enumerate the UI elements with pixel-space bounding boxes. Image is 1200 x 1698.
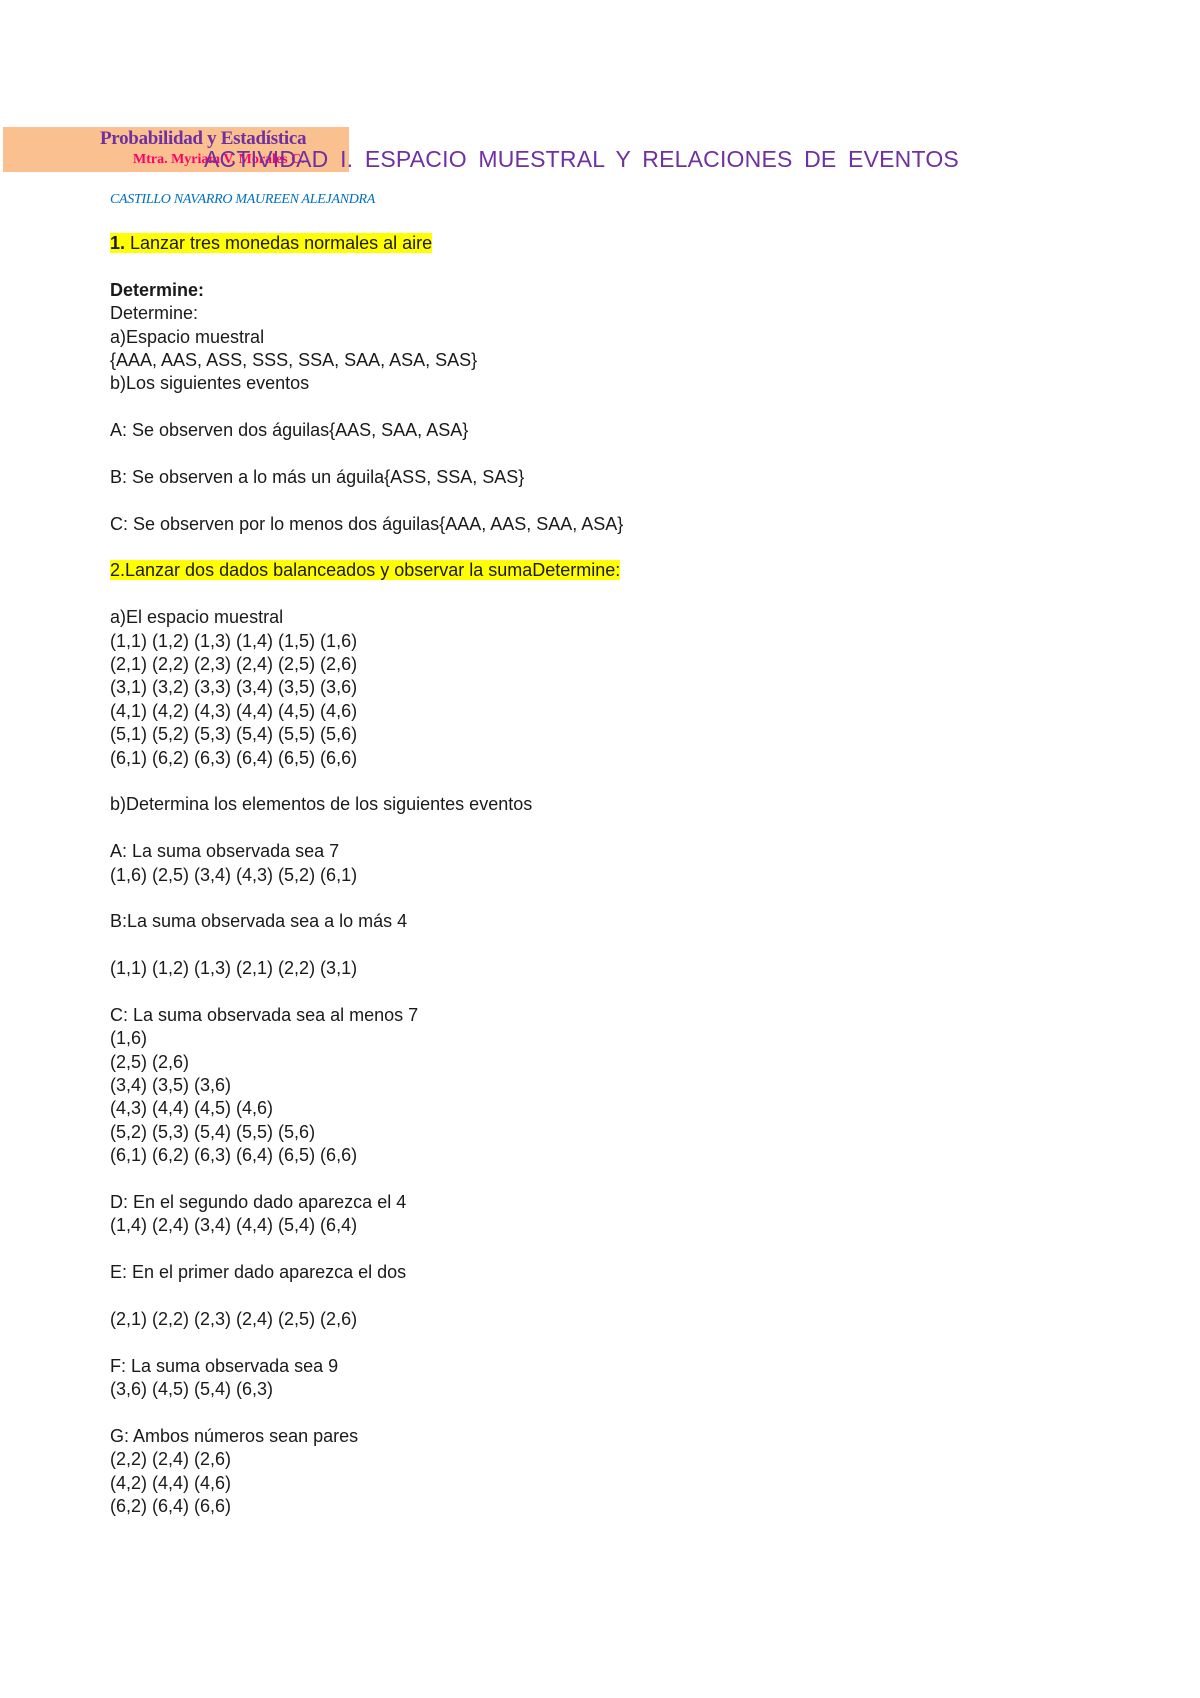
p2-event-g-label: G: Ambos números sean pares (110, 1425, 1110, 1448)
p2-event-b-values: (1,1) (1,2) (1,3) (2,1) (2,2) (3,1) (110, 957, 1110, 980)
p2-event-d-label: D: En el segundo dado aparezca el 4 (110, 1191, 1110, 1214)
p1-a-label: a)Espacio muestral (110, 326, 1110, 349)
p2-event-c-values: (3,4) (3,5) (3,6) (110, 1074, 1110, 1097)
p2-event-c-label: C: La suma observada sea al menos 7 (110, 1004, 1110, 1027)
p2-event-g-values: (2,2) (2,4) (2,6) (110, 1448, 1110, 1471)
sample-space-row: (6,1) (6,2) (6,3) (6,4) (6,5) (6,6) (110, 747, 1110, 770)
problem-2-heading: 2.Lanzar dos dados balanceados y observa… (110, 559, 1110, 582)
p2-event-c-values: (5,2) (5,3) (5,4) (5,5) (5,6) (110, 1121, 1110, 1144)
p1-event-a: A: Se observen dos águilas{AAS, SAA, ASA… (110, 419, 1110, 442)
p2-event-c-values: (2,5) (2,6) (110, 1051, 1110, 1074)
p2-event-f-values: (3,6) (4,5) (5,4) (6,3) (110, 1378, 1110, 1401)
page-title: ACTIVIDAD I. ESPACIO MUESTRAL Y RELACION… (204, 146, 959, 173)
problem-1-highlight: 1. Lanzar tres monedas normales al aire (110, 233, 432, 253)
p2-event-g-values: (6,2) (6,4) (6,6) (110, 1495, 1110, 1518)
problem-1-number: 1. (110, 233, 125, 253)
p2-event-e-label: E: En el primer dado aparezca el dos (110, 1261, 1110, 1284)
p2-event-e-values: (2,1) (2,2) (2,3) (2,4) (2,5) (2,6) (110, 1308, 1110, 1331)
sample-space-row: (2,1) (2,2) (2,3) (2,4) (2,5) (2,6) (110, 653, 1110, 676)
p2-event-a-values: (1,6) (2,5) (3,4) (4,3) (5,2) (6,1) (110, 864, 1110, 887)
document-body: 1. Lanzar tres monedas normales al aire … (110, 232, 1110, 1518)
p2-event-g-values: (4,2) (4,4) (4,6) (110, 1472, 1110, 1495)
p2-event-f-label: F: La suma observada sea 9 (110, 1355, 1110, 1378)
p2-event-c-values: (6,1) (6,2) (6,3) (6,4) (6,5) (6,6) (110, 1144, 1110, 1167)
determine-heading: Determine: (110, 279, 1110, 302)
sample-space-row: (1,1) (1,2) (1,3) (1,4) (1,5) (1,6) (110, 630, 1110, 653)
sample-space-row: (5,1) (5,2) (5,3) (5,4) (5,5) (5,6) (110, 723, 1110, 746)
p2-event-c-values: (4,3) (4,4) (4,5) (4,6) (110, 1097, 1110, 1120)
student-name: CASTILLO NAVARRO MAUREEN ALEJANDRA (110, 192, 375, 208)
p2-b-label: b)Determina los elementos de los siguien… (110, 793, 1110, 816)
p1-event-b: B: Se observen a lo más un águila{ASS, S… (110, 466, 1110, 489)
p1-b-label: b)Los siguientes eventos (110, 372, 1110, 395)
p2-event-b-label: B:La suma observada sea a lo más 4 (110, 910, 1110, 933)
p1-event-c: C: Se observen por lo menos dos águilas{… (110, 513, 1110, 536)
problem-1-statement: Lanzar tres monedas normales al aire (125, 233, 432, 253)
p2-event-a-label: A: La suma observada sea 7 (110, 840, 1110, 863)
problem-2-statement: 2.Lanzar dos dados balanceados y observa… (110, 560, 620, 580)
sample-space-row: (4,1) (4,2) (4,3) (4,4) (4,5) (4,6) (110, 700, 1110, 723)
problem-1-heading: 1. Lanzar tres monedas normales al aire (110, 232, 1110, 255)
p2-event-d-values: (1,4) (2,4) (3,4) (4,4) (5,4) (6,4) (110, 1214, 1110, 1237)
p2-a-label: a)El espacio muestral (110, 606, 1110, 629)
sample-space-row: (3,1) (3,2) (3,3) (3,4) (3,5) (3,6) (110, 676, 1110, 699)
p2-event-c-values: (1,6) (110, 1027, 1110, 1050)
p1-a-value: {AAA, AAS, ASS, SSS, SSA, SAA, ASA, SAS} (110, 349, 1110, 372)
determine-text: Determine: (110, 302, 1110, 325)
